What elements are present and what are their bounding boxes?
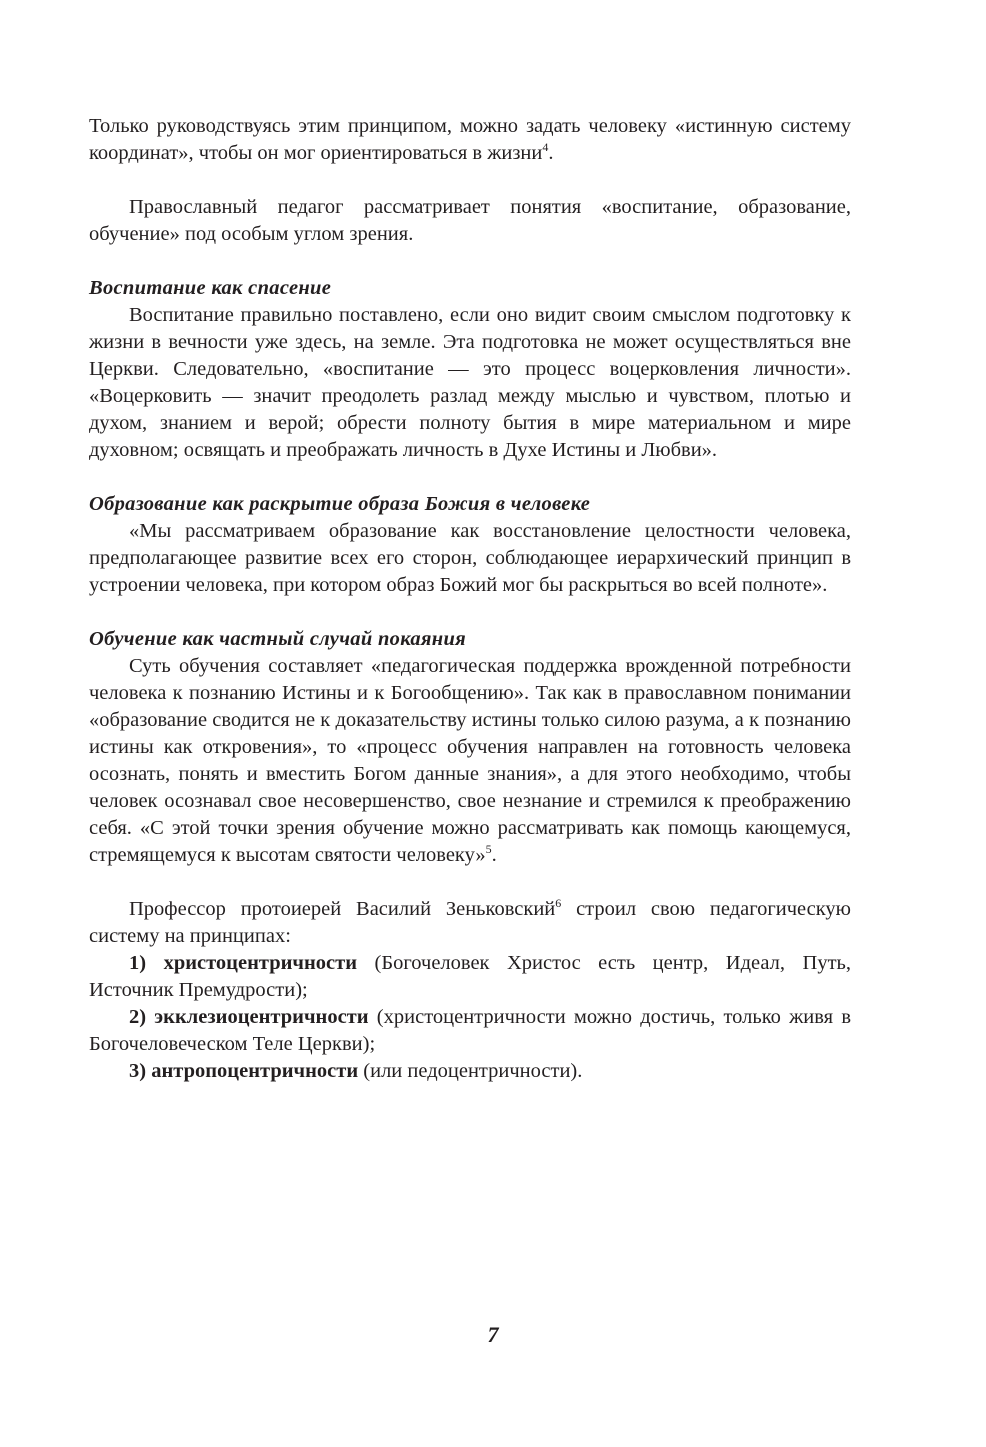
spacer <box>89 599 851 626</box>
principle-item: 3) антропоцентричности (или педоцентричн… <box>89 1058 851 1085</box>
page-body: Только руководствуясь этим принципом, мо… <box>89 113 851 1085</box>
principle-desc: (или педоцентричности). <box>358 1060 582 1082</box>
intro-text: Только руководствуясь этим принципом, мо… <box>89 115 851 164</box>
spacer <box>89 167 851 194</box>
learning-end: . <box>492 844 497 866</box>
section-body-education: «Мы рассматриваем образование как восста… <box>89 518 851 599</box>
paragraph-perspective: Православный педагог рассматривает понят… <box>89 194 851 248</box>
spacer <box>89 464 851 491</box>
principle-term: 1) христоцентричности <box>129 952 357 974</box>
spacer <box>89 869 851 896</box>
section-heading-upbringing: Воспитание как спасение <box>89 275 851 302</box>
section-heading-education: Образование как раскрытие образа Божия в… <box>89 491 851 518</box>
intro-end: . <box>548 142 553 164</box>
page-number: 7 <box>0 1322 986 1348</box>
section-heading-learning: Обучение как частный случай покаяния <box>89 626 851 653</box>
principle-term: 2) экклезиоцентричности <box>129 1006 369 1028</box>
zenkovsky-paragraph: Профессор протоиерей Василий Зеньковский… <box>89 896 851 950</box>
section-body-learning: Суть обучения составляет «педагогическая… <box>89 653 851 869</box>
zenkovsky-text: Профессор протоиерей Василий Зеньковский <box>129 898 555 920</box>
principle-term: 3) антропоцентричности <box>129 1060 358 1082</box>
principle-item: 1) христоцентричности (Богочеловек Христ… <box>89 950 851 1004</box>
intro-paragraph: Только руководствуясь этим принципом, мо… <box>89 113 851 167</box>
learning-text: Суть обучения составляет «педагогическая… <box>89 655 851 866</box>
section-body-upbringing: Воспитание правильно поставлено, если он… <box>89 302 851 464</box>
spacer <box>89 248 851 275</box>
principle-item: 2) экклезиоцентричности (христоцентрично… <box>89 1004 851 1058</box>
